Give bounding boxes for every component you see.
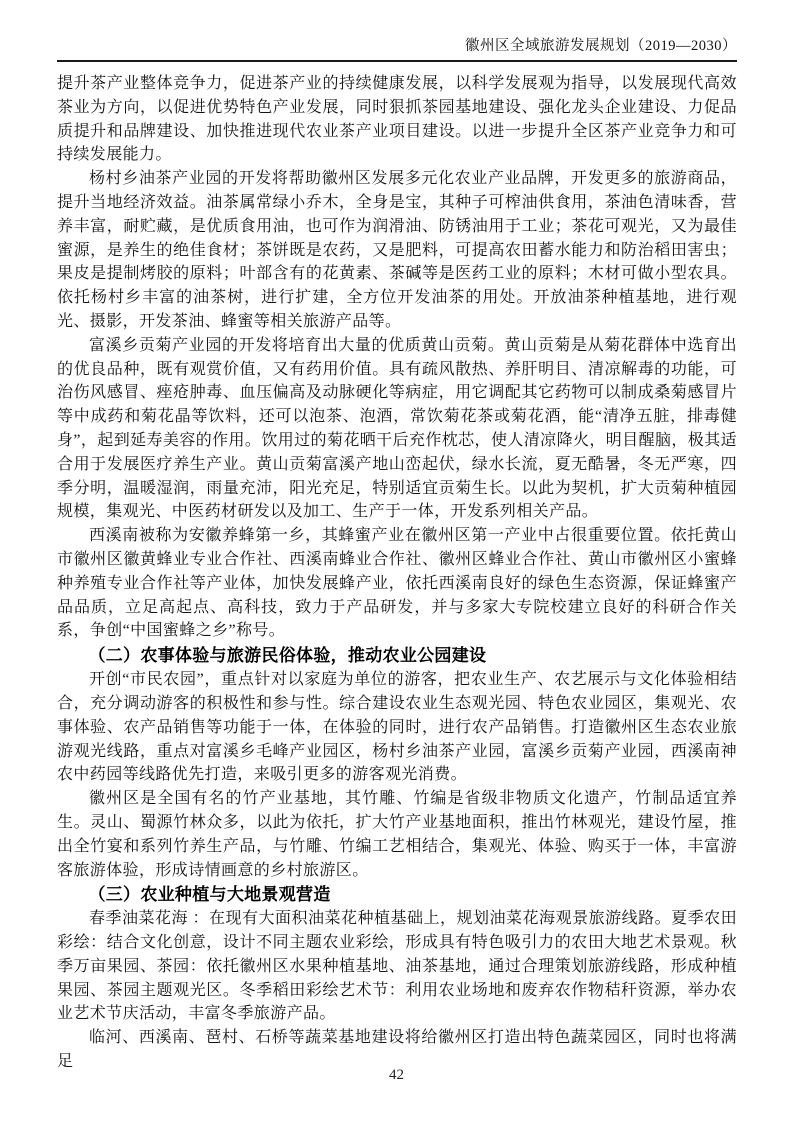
paragraph-bamboo-industry: 徽州区是全国有名的竹产业基地，其竹雕、竹编是省级非物质文化遗产，竹制品适宜养生。… (57, 787, 737, 882)
paragraph-gongju-chrysanthemum-park: 富溪乡贡菊产业园的开发将培育出大量的优质黄山贡菊。黄山贡菊是从菊花群体中选育出的… (57, 334, 737, 524)
paragraph-citizen-farm: 开创“市民农园”，重点针对以家庭为单位的游客，把农业生产、农艺展示与文化体验相结… (57, 668, 737, 787)
running-header: 徽州区全域旅游发展规划（2019—2030） (57, 36, 737, 62)
page-footer: 42 (0, 1067, 793, 1084)
section-heading-3-agricultural-landscape: （三）农业种植与大地景观营造 (57, 882, 737, 907)
paragraph-tea-industry-continuation: 提升茶产业整体竞争力，促进茶产业的持续健康发展，以科学发展观为指导，以发展现代高… (57, 72, 737, 167)
page-number: 42 (389, 1067, 404, 1083)
paragraph-oil-tea-park: 杨村乡油茶产业园的开发将帮助徽州区发展多元化农业产业品牌，开发更多的旅游商品，提… (57, 167, 737, 334)
paragraph-beekeeping-industry: 西溪南被称为安徽养蜂第一乡，其蜂蜜产业在徽州区第一产业中占很重要位置。依托黄山市… (57, 524, 737, 643)
document-title: 徽州区全域旅游发展规划（2019—2030） (465, 38, 737, 54)
section-heading-2-farm-experience: （二）农事体验与旅游民俗体验，推动农业公园建设 (57, 643, 737, 668)
paragraph-seasonal-landscapes: 春季油菜花海 ：在现有大面积油菜花种植基础上，规划油菜花海观景旅游线路。夏季农田… (57, 907, 737, 1026)
page-body: 提升茶产业整体竞争力，促进茶产业的持续健康发展，以科学发展观为指导，以发展现代高… (57, 72, 737, 1074)
document-page: 徽州区全域旅游发展规划（2019—2030） 提升茶产业整体竞争力，促进茶产业的… (0, 0, 793, 1122)
